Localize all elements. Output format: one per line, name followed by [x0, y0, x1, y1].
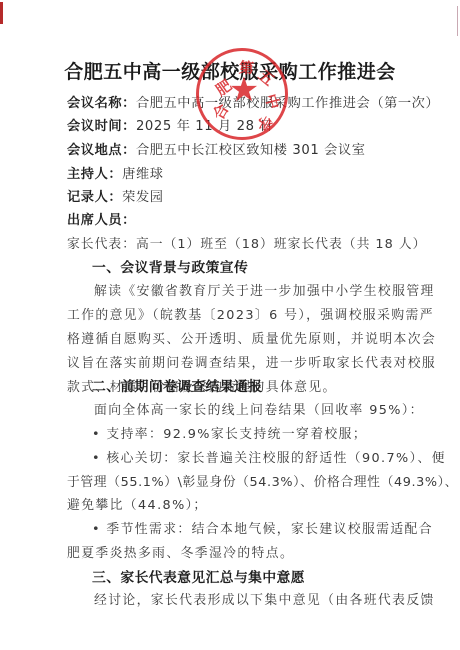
section-3-line: 经讨论，家长代表形成以下集中意见（由各班代表反馈 [94, 592, 435, 610]
meta-meeting-name: 会议名称：合肥五中高一级部校服采购工作推进会（第一次） [67, 95, 439, 113]
meta-value: 荣发园 [122, 190, 163, 205]
section-2-line: 肥夏季炎热多雨、冬季湿冷的特点。 [67, 545, 294, 563]
section-1-line: 议旨在落实前期问卷调查结果，进一步听取家长代表对校服 [67, 355, 436, 373]
section-2-bullet: • 支持率：92.9%家长支持统一穿着校服； [92, 426, 367, 444]
meta-label: 会议时间： [67, 119, 136, 134]
meta-value: 唐维球 [122, 167, 163, 182]
scan-edge-right [457, 6, 458, 36]
document-title: 合肥五中高一级部校服采购工作推进会 [0, 57, 460, 84]
meta-host: 主持人：唐维球 [67, 166, 164, 184]
section-1-line: 工作的意见》（皖教基〔2023〕6 号），强调校服采购需严 [67, 307, 434, 325]
meta-label: 会议地点： [67, 143, 136, 158]
section-heading-3: 三、家长代表意见汇总与集中意愿 [92, 569, 305, 587]
section-2-line: 避免攀比（44.8%）； [67, 497, 208, 515]
section-2-line: 于管理（55.1%）\彰显身份（54.3%）、价格合理性（49.3%）、 [67, 474, 458, 492]
section-heading-2: 二、前期问卷调查结果通报 [92, 378, 262, 396]
meta-label: 出席人员： [67, 213, 136, 228]
meta-value: 合肥五中长江校区致知楼 301 会议室 [136, 143, 366, 158]
section-heading-1: 一、会议背景与政策宣传 [92, 259, 248, 277]
section-2-bullet: • 核心关切：家长普遍关注校服的舒适性（90.7%）、便 [92, 450, 446, 468]
section-2-line: 面向全体高一家长的线上问卷结果（回收率 95%）： [94, 402, 424, 420]
section-1-line: 格遵循自愿购买、公开透明、质量优先原则，并说明本次会 [67, 331, 436, 349]
meta-label: 会议名称： [67, 96, 136, 111]
scan-edge-left [0, 2, 3, 24]
section-1-line: 解读《安徽省教育厅关于进一步加强中小学生校服管理 [94, 283, 435, 301]
meta-meeting-location: 会议地点：合肥五中长江校区致知楼 301 会议室 [67, 142, 366, 160]
attendees-detail: 家长代表：高一（1）班至（18）班家长代表（共 18 人） [67, 236, 426, 254]
meta-value: 合肥五中高一级部校服采购工作推进会（第一次） [136, 96, 439, 111]
meta-meeting-time: 会议时间：2025 年 11 月 28 日 [67, 118, 273, 136]
meta-recorder: 记录人：荣发园 [67, 189, 164, 207]
meta-label: 主持人： [67, 167, 122, 182]
section-2-bullet: • 季节性需求：结合本地气候，家长建议校服需适配合 [92, 521, 433, 539]
meta-value: 2025 年 11 月 28 日 [136, 119, 273, 134]
meta-attendees: 出席人员： [67, 212, 136, 230]
meta-label: 记录人： [67, 190, 122, 205]
document-page: 合肥五中高一级部校服采购工作推进会 会议名称：合肥五中高一级部校服采购工作推进会… [0, 0, 460, 650]
